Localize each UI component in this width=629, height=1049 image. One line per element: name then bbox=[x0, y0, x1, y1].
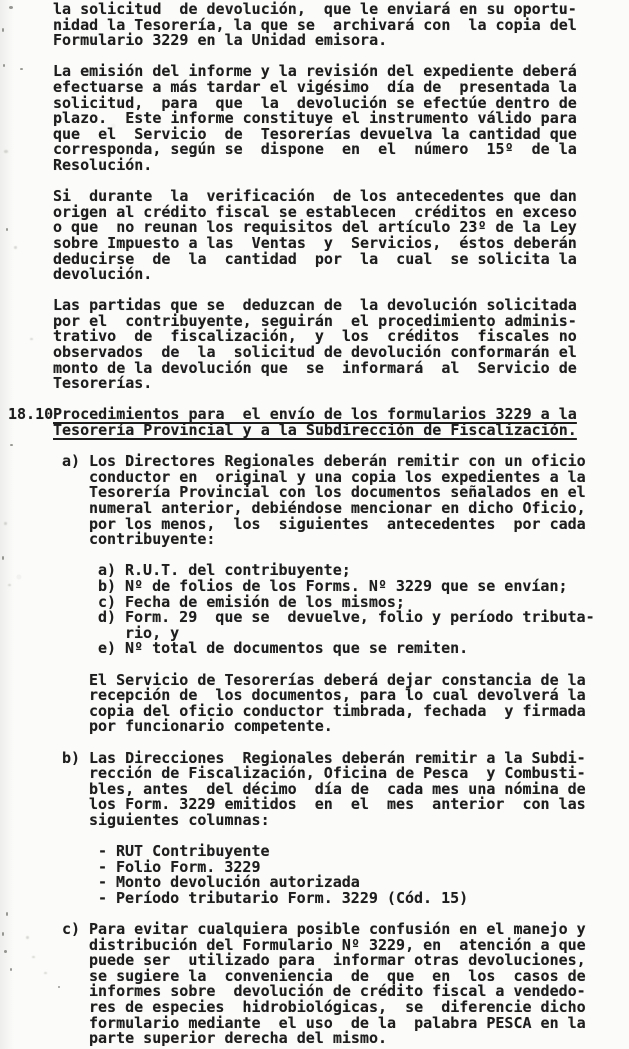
document-body: la solicitud de devolución, que le envia… bbox=[0, 2, 629, 1047]
lettered-item: b)Las Direcciones Regionales deberán rem… bbox=[62, 751, 629, 829]
section-title-line: Tesorería Provincial y a la Subdirección… bbox=[53, 423, 629, 439]
text-line: Resolución. bbox=[53, 158, 629, 174]
scan-artifact bbox=[8, 584, 11, 586]
scan-artifact bbox=[4, 950, 7, 953]
text-line: Nº total de documentos que se remiten. bbox=[125, 641, 629, 657]
item-marker: e) bbox=[98, 641, 116, 657]
paragraph: Si durante la verificación de los antece… bbox=[53, 189, 629, 283]
scan-artifact bbox=[58, 986, 60, 988]
scan-artifact bbox=[6, 228, 8, 231]
text-line: siguientes columnas: bbox=[89, 813, 629, 829]
text-line: por funcionario competente. bbox=[89, 719, 629, 735]
text-line: parte superior derecha del mismo. bbox=[89, 1031, 629, 1047]
list-item: d)Form. 29 que se devuelve, folio y perí… bbox=[98, 610, 629, 641]
dash-list: -RUT Contribuyente-Folio Form. 3229-Mont… bbox=[98, 844, 629, 906]
item-text: Form. 29 que se devuelve, folio y períod… bbox=[125, 610, 629, 641]
list-item: -Período tributario Form. 3229 (Cód. 15) bbox=[98, 891, 629, 907]
text-line: Formulario 3229 en la Unidad emisora. bbox=[53, 33, 629, 49]
section-heading: 18.10Procedimientos para el envío de los… bbox=[53, 407, 629, 438]
paragraph: La emisión del informe y la revisión del… bbox=[53, 64, 629, 173]
paragraph: Las partidas que se deduzcan de la devol… bbox=[53, 298, 629, 392]
paragraph: la solicitud de devolución, que le envia… bbox=[53, 2, 629, 49]
scan-artifact bbox=[2, 28, 4, 32]
text-line: Tesorerías. bbox=[53, 376, 629, 392]
scanned-document-page: la solicitud de devolución, que le envia… bbox=[0, 0, 629, 1049]
lettered-item: a)Los Directores Regionales deberán remi… bbox=[62, 454, 629, 548]
sub-list: a)R.U.T. del contribuyente;b)Nº de folio… bbox=[98, 563, 629, 657]
lettered-item: c)Para evitar cualquiera posible confusi… bbox=[62, 922, 629, 1047]
item-marker: d) bbox=[98, 610, 116, 626]
text-line: devolución. bbox=[53, 267, 629, 283]
scan-artifact bbox=[4, 522, 7, 525]
text-line: Período tributario Form. 3229 (Cód. 15) bbox=[116, 891, 629, 907]
item-marker: a) bbox=[62, 454, 80, 470]
item-text: Período tributario Form. 3229 (Cód. 15) bbox=[116, 891, 629, 907]
scan-artifact bbox=[32, 956, 35, 958]
scan-artifact bbox=[20, 68, 23, 70]
scan-artifact bbox=[4, 150, 8, 153]
scan-artifact bbox=[30, 338, 33, 340]
item-marker: - bbox=[98, 891, 107, 907]
item-text: Nº total de documentos que se remiten. bbox=[125, 641, 629, 657]
scan-artifact bbox=[2, 556, 4, 560]
scan-artifact bbox=[6, 912, 8, 916]
item-text: Las Direcciones Regionales deberán remit… bbox=[89, 751, 629, 829]
scan-artifact bbox=[10, 968, 12, 971]
item-marker: b) bbox=[62, 751, 80, 767]
scan-artifact bbox=[9, 6, 13, 9]
list-item: e)Nº total de documentos que se remiten. bbox=[98, 641, 629, 657]
text-line: Form. 29 que se devuelve, folio y períod… bbox=[125, 610, 629, 626]
scan-artifact bbox=[3, 64, 5, 67]
item-marker: c) bbox=[62, 922, 80, 938]
item-text: Los Directores Regionales deberán remiti… bbox=[89, 454, 629, 548]
scan-artifact bbox=[26, 936, 29, 939]
section-number: 18.10 bbox=[8, 407, 53, 423]
paragraph: El Servicio de Tesorerías deberá dejar c… bbox=[89, 673, 629, 735]
text-line: contribuyente: bbox=[89, 532, 629, 548]
scan-artifact bbox=[2, 932, 4, 936]
scan-artifact bbox=[14, 246, 17, 249]
item-text: Para evitar cualquiera posible confusión… bbox=[89, 922, 629, 1047]
scan-artifact bbox=[10, 444, 13, 446]
scan-artifact bbox=[44, 972, 47, 974]
